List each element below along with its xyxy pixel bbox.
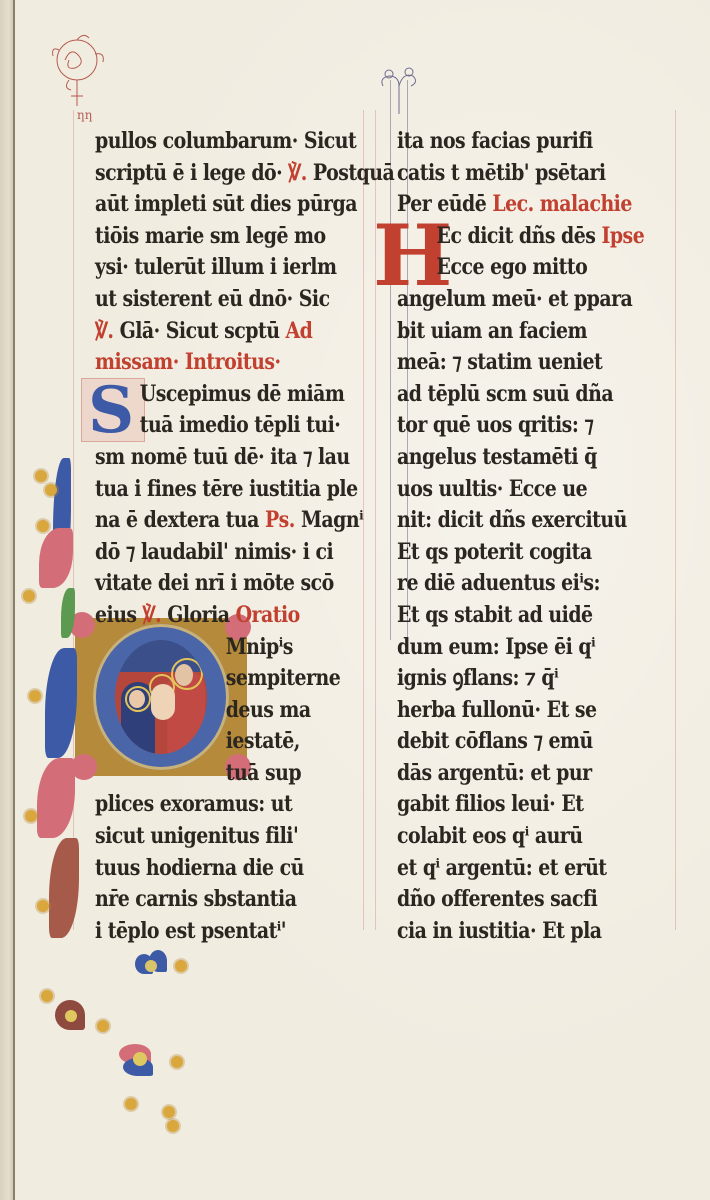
gold-bezant-icon <box>163 1106 175 1118</box>
text-line: na ē dextera tua Ps. Magnⁱ <box>95 505 332 537</box>
text-line: dō ⁊ laudabil' nimis· i ci <box>95 537 332 569</box>
text-line: deus ma <box>95 695 332 727</box>
rubric: ℣. <box>95 318 114 344</box>
manuscript-page: ƞƞ S H <box>15 0 710 1200</box>
rubric: Ipse <box>602 223 645 249</box>
text-line: tuus hodierna die cū <box>95 853 332 885</box>
binding-gutter <box>0 0 14 1200</box>
text-line: meā: ⁊ statim ueniet <box>397 347 638 379</box>
text-line: re diē aduentus eiⁱs: <box>397 568 638 600</box>
text-line: aūt impleti sūt dies pūrga <box>95 189 332 221</box>
gold-bezant-icon <box>29 690 41 702</box>
text-line: sm nomē tuū dē· ita ⁊ lau <box>95 442 332 474</box>
text-line: tua i fines tēre iustitia ple <box>95 474 332 506</box>
gold-bezant-icon <box>97 1020 109 1032</box>
left-text-column: pullos columbarum· Sicut scriptū ē i leg… <box>95 126 370 947</box>
rubric-oratio: Oratio <box>236 602 300 628</box>
blue-flower-icon <box>135 950 169 980</box>
text-line: ut sisterent eū dnō· Sic <box>95 284 332 316</box>
text-line: bit uiam an faciem <box>397 316 638 348</box>
text-line: debit cōflans ⁊ emū <box>397 726 638 758</box>
gold-bezant-icon <box>175 960 187 972</box>
text-line: dño offerentes sacfi <box>397 884 638 916</box>
text-line: angelum meū· et ppara <box>397 284 638 316</box>
text-line: vitate dei nrī i mōte scō <box>95 568 332 600</box>
text-line: tuā imedio tēpli tui· <box>95 410 332 442</box>
text-line: catis t mētib' psētari <box>397 158 638 190</box>
green-leaf <box>61 588 75 638</box>
text-line: sempiterne <box>95 663 332 695</box>
text-line: scriptū ē i lege dō· ℣. Postquā <box>95 158 332 190</box>
text-line: dum eum: Ipse ēi qⁱ <box>397 632 638 664</box>
text-line: dās argentū: et pur <box>397 758 638 790</box>
brown-leaf <box>49 838 79 938</box>
text-line: uos uultis· Ecce ue <box>397 474 638 506</box>
text-line: iestatē, <box>95 726 332 758</box>
text-line: colabit eos qⁱ aurū <box>397 821 638 853</box>
text-line: plices exoramus: ut <box>95 789 332 821</box>
gold-bezant-icon <box>37 520 49 532</box>
text-line: nit: dicit dñs exercituū <box>397 505 638 537</box>
rubric-introitus: missam· Introitus· <box>95 349 281 375</box>
gold-bezant-icon <box>45 484 57 496</box>
right-text-column: ita nos facias purifi catis t mētib' psē… <box>397 126 677 947</box>
rubric-lectio: Lec. malachie <box>492 191 632 217</box>
rubric: ℣. <box>288 160 307 186</box>
text-line: et qⁱ argentū: et erūt <box>397 853 638 885</box>
text-line: ℣. Glā· Sicut scptū Ad <box>95 316 332 348</box>
blue-leaf <box>45 648 77 758</box>
text-line: tor quē uos qritis: ⁊ <box>397 410 638 442</box>
text-line: i tēplo est psentatⁱ' <box>95 916 332 948</box>
text-line: ita nos facias purifi <box>397 126 638 158</box>
text-line: tuā sup <box>95 758 332 790</box>
text-line: Ecce ego mitto <box>397 252 638 284</box>
text-line: nr̄e carnis sbstantia <box>95 884 332 916</box>
gold-bezant-icon <box>41 990 53 1002</box>
text-line: Et qs stabit ad uidē <box>397 600 638 632</box>
gold-bezant-icon <box>167 1120 179 1132</box>
gold-bezant-icon <box>25 810 37 822</box>
text-line: Ec dicit dñs dēs Ipse <box>397 221 638 253</box>
gold-bezant-icon <box>23 590 35 602</box>
gold-bezant-icon <box>171 1056 183 1068</box>
text-line: tiōis marie sm legē mo <box>95 221 332 253</box>
text-line: herba fullonū· Et se <box>397 695 638 727</box>
gold-bezant-icon <box>35 470 47 482</box>
text-line: Uscepimus dē miām <box>95 379 332 411</box>
rubric: Ad <box>286 318 313 344</box>
text-line: Per eūdē Lec. malachie <box>397 189 638 221</box>
text-line: gabit filios leui· Et <box>397 789 638 821</box>
margin-note: ƞƞ <box>77 108 92 122</box>
brown-flower-icon <box>55 1000 89 1030</box>
text-line: pullos columbarum· Sicut <box>95 126 332 158</box>
pink-blue-flower-icon <box>119 1044 153 1074</box>
text-line: Mnipⁱs <box>95 632 332 664</box>
rubric: ℣. <box>143 602 162 628</box>
gold-bezant-icon <box>37 900 49 912</box>
text-line: angelus testamēti q̄ <box>397 442 638 474</box>
text-line: ignis ꝯflans: ⁊ q̄ⁱ <box>397 663 638 695</box>
rubric: Ps. <box>265 507 295 533</box>
text-line: ysi· tulerūt illum i ierlm <box>95 252 332 284</box>
text-line: missam· Introitus· <box>95 347 332 379</box>
gold-bezant-icon <box>125 1098 137 1110</box>
red-penwork-flourish-icon <box>47 30 117 108</box>
pink-leaf <box>37 758 75 838</box>
pink-leaf <box>39 528 73 588</box>
text-line: sicut unigenitus fili' <box>95 821 332 853</box>
text-line: cia in iustitia· Et pla <box>397 916 638 948</box>
text-line: eius ℣. Gloria Oratio <box>95 600 332 632</box>
text-line: ad tēplū scm suū dña <box>397 379 638 411</box>
text-line: Et qs poterit cogita <box>397 537 638 569</box>
